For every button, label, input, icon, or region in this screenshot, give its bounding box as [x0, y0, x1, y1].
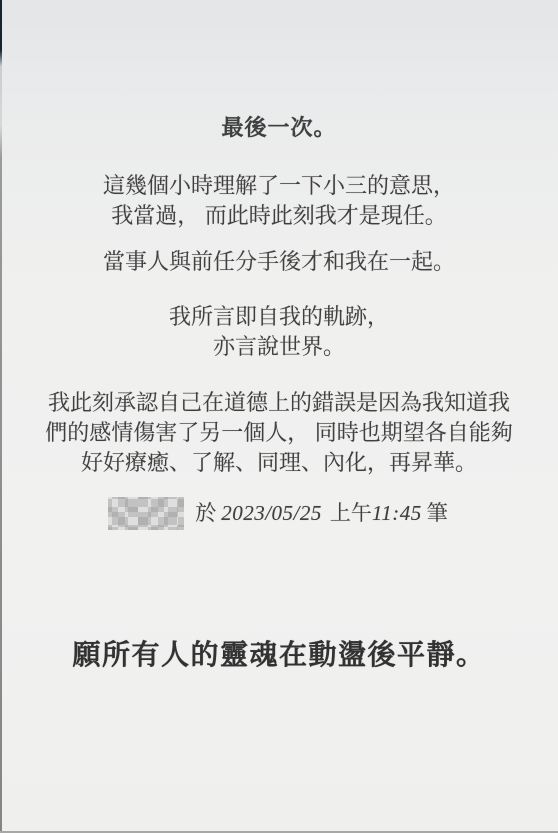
closing-line: 願所有人的靈魂在動盪後平靜。 [0, 638, 558, 674]
paragraph-line: 我此刻承認自己在道德上的錯誤是因為我知道我 [0, 388, 558, 418]
paragraph-mistress-meaning: 這幾個小時理解了一下小三的意思， 我當過， 而此時此刻我才是現任。 [0, 171, 558, 231]
paragraph-admission: 我此刻承認自己在道德上的錯誤是因為我知道我 們的感情傷害了另一個人， 同時也期望… [0, 388, 558, 478]
signature-time: 11:45 [372, 501, 422, 525]
statement-title: 最後一次。 [0, 113, 558, 143]
paragraph-line: 們的感情傷害了另一個人， 同時也期望各自能夠 [0, 418, 558, 448]
paragraph-line: 亦言說世界。 [0, 332, 558, 362]
paragraph-line: 我所言即自我的軌跡， [0, 302, 558, 332]
paragraph-line: 當事人與前任分手後才和我在一起。 [0, 247, 558, 277]
signature-suffix: 筆 [427, 501, 448, 525]
statement-body: 最後一次。 這幾個小時理解了一下小三的意思， 我當過， 而此時此刻我才是現任。 … [0, 0, 558, 674]
redacted-name-mosaic [108, 497, 184, 530]
signature-line: 於2023/05/25上午11:45筆 [0, 496, 558, 532]
statement-image: 最後一次。 這幾個小時理解了一下小三的意思， 我當過， 而此時此刻我才是現任。 … [0, 0, 558, 833]
signature-meridiem: 上午 [330, 501, 372, 525]
signature-date: 2023/05/25 [221, 501, 322, 525]
paragraph-after-breakup: 當事人與前任分手後才和我在一起。 [0, 247, 558, 277]
paragraph-line: 這幾個小時理解了一下小三的意思， [0, 171, 558, 201]
paragraph-line: 我當過， 而此時此刻我才是現任。 [0, 201, 558, 231]
paragraph-line: 好好療癒、了解、同理、內化，再昇華。 [0, 448, 558, 478]
paragraph-my-words: 我所言即自我的軌跡， 亦言說世界。 [0, 302, 558, 362]
signature-prefix: 於 [195, 501, 216, 525]
